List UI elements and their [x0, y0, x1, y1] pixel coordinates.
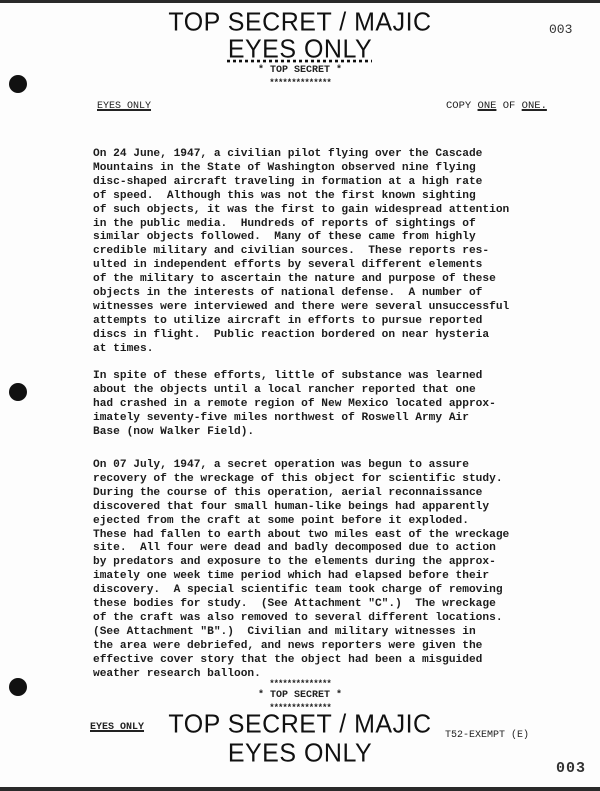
text-line: discovered that four small human-like be…: [93, 501, 563, 515]
text-line: similar objects followed. Many of these …: [93, 231, 563, 245]
text-line: On 07 July, 1947, a secret operation was…: [93, 459, 563, 473]
header-classification-stamp: TOP SECRET / MAJIC: [0, 7, 600, 37]
copy-of: OF: [503, 100, 516, 112]
text-line: the area were debriefed, and news report…: [93, 640, 563, 654]
text-line: recovery of the wreckage of this object …: [93, 473, 563, 487]
text-line: of the craft was also removed to several…: [93, 612, 563, 626]
copy-total: ONE.: [522, 100, 547, 112]
scan-border-bottom: [0, 787, 600, 791]
text-line: at times.: [93, 343, 563, 357]
text-line: imately seventy-five miles northwest of …: [93, 412, 563, 426]
text-line: effective cover story that the object ha…: [93, 654, 563, 668]
punch-hole-middle: [9, 383, 27, 401]
text-line: had crashed in a remote region of New Me…: [93, 398, 563, 412]
paragraph-2: In spite of these efforts, little of sub…: [93, 370, 563, 440]
footer-star-row-top: **************: [0, 679, 600, 689]
text-line: site. All four were dead and badly decom…: [93, 542, 563, 556]
text-line: During the course of this operation, aer…: [93, 487, 563, 501]
text-line: Base (now Walker Field).: [93, 426, 563, 440]
text-line: disc-shaped aircraft traveling in format…: [93, 176, 563, 190]
header-star-row: **************: [0, 78, 600, 88]
text-line: of speed. Although this was not the firs…: [93, 190, 563, 204]
exempt-code: T52-EXEMPT (E): [445, 730, 529, 741]
header-page-corner-number: 003: [549, 22, 572, 37]
text-line: discs in flight. Public reaction bordere…: [93, 329, 563, 343]
copy-number: ONE: [478, 100, 497, 112]
text-line: of the military to ascertain the nature …: [93, 273, 563, 287]
footer-top-secret-banner: * TOP SECRET *: [0, 690, 600, 701]
text-line: discovery. A special scientific team too…: [93, 584, 563, 598]
text-line: these bodies for study. (See Attachment …: [93, 598, 563, 612]
text-line: Mountains in the State of Washington obs…: [93, 162, 563, 176]
footer-eyes-only-stamp: EYES ONLY: [0, 738, 600, 768]
footer-page-number: 003: [556, 760, 586, 777]
text-line: (See Attachment "B".) Civilian and milit…: [93, 626, 563, 640]
header-eyes-only-label: EYES ONLY: [97, 101, 151, 112]
text-line: ulted in independent efforts by several …: [93, 259, 563, 273]
header-eyes-only-stamp: EYES ONLY: [0, 34, 600, 64]
text-line: credible military and civilian sources. …: [93, 245, 563, 259]
text-line: In spite of these efforts, little of sub…: [93, 370, 563, 384]
text-line: imately one week time period which had e…: [93, 570, 563, 584]
text-line: These had fallen to earth about two mile…: [93, 529, 563, 543]
paragraph-3: On 07 July, 1947, a secret operation was…: [93, 459, 563, 682]
header-top-secret-banner: * TOP SECRET *: [0, 65, 600, 76]
scan-border-top: [0, 0, 600, 3]
copy-prefix: COPY: [446, 100, 471, 112]
copy-designation: COPY ONE OF ONE.: [446, 100, 547, 112]
text-line: attempts to utilize aircraft in efforts …: [93, 315, 563, 329]
text-line: by predators and exposure to the element…: [93, 556, 563, 570]
text-line: in the public media. Hundreds of reports…: [93, 218, 563, 232]
text-line: On 24 June, 1947, a civilian pilot flyin…: [93, 148, 563, 162]
paragraph-1: On 24 June, 1947, a civilian pilot flyin…: [93, 148, 563, 357]
text-line: about the objects until a local rancher …: [93, 384, 563, 398]
text-line: of such objects, it was the first to gai…: [93, 204, 563, 218]
text-line: ejected from the craft at some point bef…: [93, 515, 563, 529]
text-line: objects in the interests of national def…: [93, 287, 563, 301]
text-line: witnesses were interviewed and there wer…: [93, 301, 563, 315]
